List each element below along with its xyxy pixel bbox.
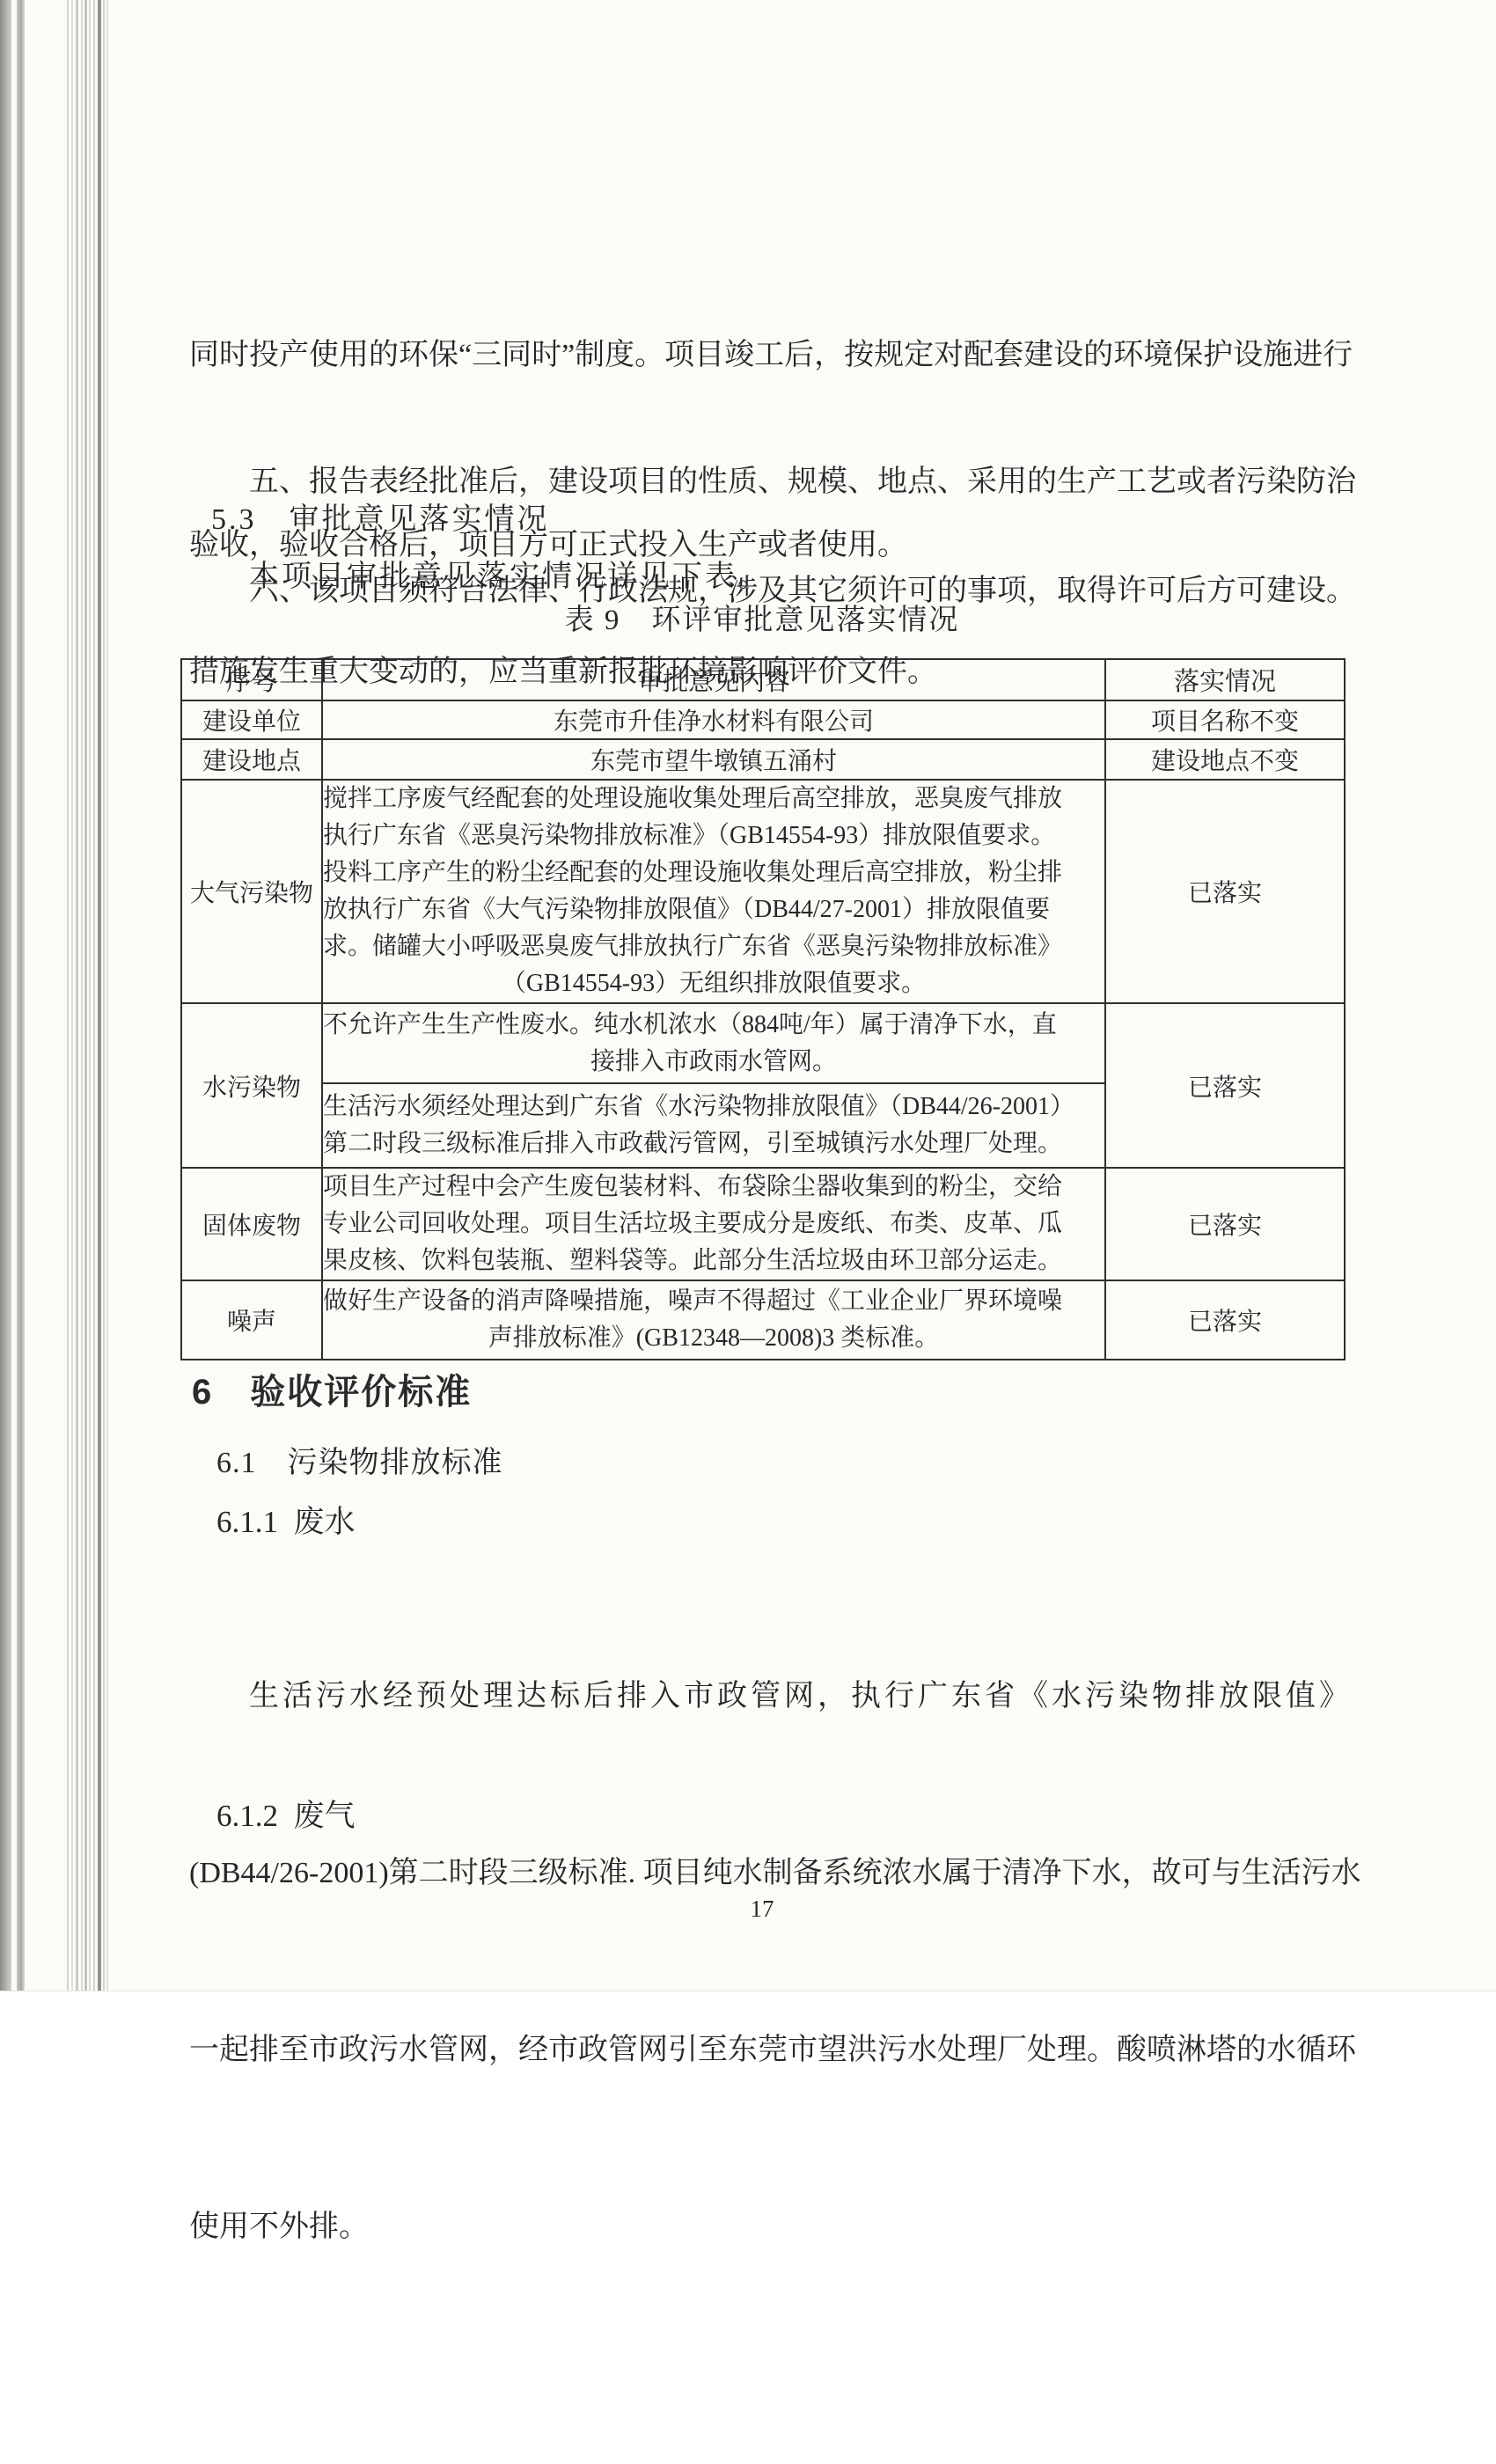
table-header-cell: 序号	[181, 659, 322, 700]
content-line: （GB14554-93）无组织排放限值要求。	[323, 965, 1104, 1002]
row-content-cell: 生活污水须经处理达到广东省《水污染物排放限值》（DB44/26-2001） 第二…	[322, 1083, 1105, 1168]
row-label-cell: 固体废物	[181, 1168, 322, 1280]
row-status-cell: 已落实	[1105, 1003, 1345, 1168]
row-status-cell: 已落实	[1105, 1280, 1345, 1360]
row-label-cell: 建设单位	[181, 700, 322, 739]
content-line: 不允许产生生产性废水。纯水机浓水（884吨/年）属于清净下水，直	[323, 1007, 1104, 1044]
page-edge-line	[0, 0, 11, 1991]
content-line: 搅拌工序废气经配套的处理设施收集处理后高空排放，恶臭废气排放	[323, 781, 1104, 818]
section-heading-6: 6 验收评价标准	[192, 1371, 472, 1413]
table-header-row: 序号 审批意见内容 落实情况	[181, 659, 1345, 700]
table-row: 水污染物 不允许产生生产性废水。纯水机浓水（884吨/年）属于清净下水，直 接排…	[181, 1003, 1345, 1083]
approval-table: 序号 审批意见内容 落实情况 建设单位 东莞市升佳净水材料有限公司 项目名称不变…	[180, 658, 1346, 1360]
row-label-cell: 噪声	[181, 1280, 322, 1360]
table-row: 大气污染物 搅拌工序废气经配套的处理设施收集处理后高空排放，恶臭废气排放 执行广…	[181, 780, 1345, 1003]
table-header-cell: 落实情况	[1105, 659, 1345, 700]
paragraph-line: 一起排至市政污水管网，经市政管网引至东莞市望洪污水处理厂处理。酸喷淋塔的水循环	[189, 2020, 1386, 2079]
row-status-cell: 项目名称不变	[1105, 700, 1345, 739]
page-edge-line	[71, 0, 73, 1991]
table-row: 建设单位 东莞市升佳净水材料有限公司 项目名称不变	[181, 700, 1345, 739]
row-content-cell: 做好生产设备的消声降噪措施，噪声不得超过《工业企业厂界环境噪 声排放标准》(GB…	[322, 1280, 1105, 1360]
page-edge-line	[106, 0, 108, 1991]
table-row: 噪声 做好生产设备的消声降噪措施，噪声不得超过《工业企业厂界环境噪 声排放标准》…	[181, 1280, 1345, 1360]
content-line: 接排入市政雨水管网。	[323, 1044, 1104, 1081]
page-edge-line	[17, 0, 25, 1991]
row-content-cell: 不允许产生生产性废水。纯水机浓水（884吨/年）属于清净下水，直 接排入市政雨水…	[322, 1003, 1105, 1083]
section-heading-6-1-2: 6.1.2 废气	[216, 1797, 356, 1836]
scan-page: 同时投产使用的环保“三同时”制度。项目竣工后，按规定对配套建设的环境保护设施进行…	[0, 0, 1496, 1991]
content-line: 果皮核、饮料包装瓶、塑料袋等。此部分生活垃圾由环卫部分运走。	[323, 1243, 1104, 1280]
row-label-cell: 大气污染物	[181, 780, 322, 1003]
table-header-cell: 审批意见内容	[322, 659, 1105, 700]
content-line: 做好生产设备的消声降噪措施，噪声不得超过《工业企业厂界环境噪	[323, 1283, 1104, 1320]
page-edge-line	[81, 0, 83, 1991]
section-heading-6-1: 6.1 污染物排放标准	[216, 1445, 503, 1482]
section-heading-6-1-1: 6.1.1 废水	[216, 1503, 356, 1542]
content-line: 执行广东省《恶臭污染物排放标准》（GB14554-93）排放限值要求。	[323, 818, 1104, 854]
paragraph-line: 生活污水经预处理达标后排入市政管网，执行广东省《水污染物排放限值》	[189, 1667, 1386, 1726]
row-status-cell: 已落实	[1105, 780, 1345, 1003]
row-content-cell: 搅拌工序废气经配套的处理设施收集处理后高空排放，恶臭废气排放 执行广东省《恶臭污…	[322, 780, 1105, 1003]
page-number: 17	[180, 1894, 1344, 1924]
scanned-document-page: 同时投产使用的环保“三同时”制度。项目竣工后，按规定对配套建设的环境保护设施进行…	[0, 0, 1496, 2464]
row-label-cell: 建设地点	[181, 739, 322, 780]
page-edge-line	[84, 0, 87, 1991]
page-edge-line	[89, 0, 91, 1991]
table-caption: 表 9 环评审批意见落实情况	[180, 602, 1344, 639]
page-edge-line	[103, 0, 105, 1991]
paragraph-line: 使用不外排。	[189, 2197, 1386, 2256]
page-edge-line	[67, 0, 69, 1991]
row-content-cell: 东莞市望牛墩镇五涌村	[322, 739, 1105, 780]
page-edge-line	[93, 0, 95, 1991]
content-line: 生活污水须经处理达到广东省《水污染物排放限值》（DB44/26-2001）	[323, 1089, 1104, 1126]
table-row: 固体废物 项目生产过程中会产生废包装材料、布袋除尘器收集到的粉尘，交给 专业公司…	[181, 1168, 1345, 1280]
content-line: 求。储罐大小呼吸恶臭废气排放执行广东省《恶臭污染物排放标准》	[323, 928, 1104, 965]
content-line: 专业公司回收处理。项目生活垃圾主要成分是废纸、布类、皮革、瓜	[323, 1206, 1104, 1243]
content-line: 项目生产过程中会产生废包装材料、布袋除尘器收集到的粉尘，交给	[323, 1169, 1104, 1206]
row-status-cell: 已落实	[1105, 1168, 1345, 1280]
row-content-cell: 东莞市升佳净水材料有限公司	[322, 700, 1105, 739]
row-label-cell: 水污染物	[181, 1003, 322, 1168]
content-line: 放执行广东省《大气污染物排放限值》（DB44/27-2001）排放限值要	[323, 891, 1104, 928]
page-edge-line	[76, 0, 78, 1991]
page-edge-line	[98, 0, 101, 1991]
row-status-cell: 建设地点不变	[1105, 739, 1345, 780]
paragraph: 生活污水经预处理达标后排入市政管网，执行广东省《水污染物排放限值》 (DB44/…	[189, 1549, 1386, 2374]
paragraph: 本项目审批意见落实情况详见下表。	[249, 558, 770, 597]
content-line: 声排放标准》(GB12348—2008)3 类标准。	[323, 1320, 1104, 1357]
table-row: 建设地点 东莞市望牛墩镇五涌村 建设地点不变	[181, 739, 1345, 780]
content-line: 第二时段三级标准后排入市政截污管网，引至城镇污水处理厂处理。	[323, 1126, 1104, 1162]
row-content-cell: 项目生产过程中会产生废包装材料、布袋除尘器收集到的粉尘，交给 专业公司回收处理。…	[322, 1168, 1105, 1280]
content-line: 投料工序产生的粉尘经配套的处理设施收集处理后高空排放，粉尘排	[323, 854, 1104, 891]
section-heading-5-3: 5.3 审批意见落实情况	[211, 502, 550, 539]
